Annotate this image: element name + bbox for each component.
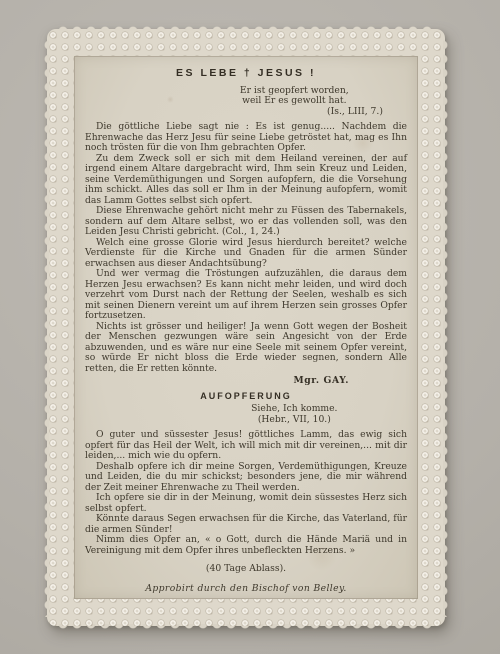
card-title: ES LEBE † JESUS !: [85, 68, 407, 79]
body-paragraph: Und wer vermag die Tröstungen aufzuzähle…: [85, 269, 407, 322]
card-content: ES LEBE † JESUS ! Er ist geopfert worden…: [74, 56, 418, 599]
holy-card: ES LEBE † JESUS ! Er ist geopfert worden…: [47, 29, 445, 626]
body-paragraph: Diese Ehrenwache gehört nicht mehr zu Fü…: [85, 206, 407, 238]
epigraph-citation: (Is., LIII, 7.): [198, 107, 391, 118]
section-heading: AUFOPFERUNG: [85, 391, 407, 402]
prayer-paragraph: Ich opfere sie dir in der Meinung, womit…: [85, 493, 407, 514]
approbation-note: Approbirt durch den Bischof von Belley.: [85, 584, 407, 595]
section-epigraph: Siehe, Ich komme. (Hebr., VII, 10.): [198, 404, 391, 425]
epigraph-line-2: weil Er es gewollt hat.: [198, 96, 391, 107]
prayer-paragraph: Deshalb opfere ich dir meine Sorgen, Ver…: [85, 462, 407, 494]
body-paragraph: Zu dem Zweck soll er sich mit dem Heilan…: [85, 154, 407, 207]
author-signature: Mgr. GAY.: [85, 376, 407, 387]
card-paper: ES LEBE † JESUS ! Er ist geopfert worden…: [74, 56, 418, 599]
body-paragraph: Die göttliche Liebe sagt nie : Es ist ge…: [85, 122, 407, 154]
section-epigraph-line: Siehe, Ich komme.: [198, 404, 391, 415]
body-paragraph: Welch eine grosse Glorie wird Jesus hier…: [85, 238, 407, 270]
epigraph: Er ist geopfert worden, weil Er es gewol…: [198, 86, 391, 118]
prayer-paragraph: Könnte daraus Segen erwachsen für die Ki…: [85, 514, 407, 535]
prayer-paragraph: Nimm dies Opfer an, « o Gott, durch die …: [85, 535, 407, 556]
body-paragraph: Nichts ist grösser und heiliger! Ja wenn…: [85, 322, 407, 375]
section-epigraph-citation: (Hebr., VII, 10.): [198, 415, 391, 426]
prayer-paragraph: O guter und süssester Jesus! göttliches …: [85, 430, 407, 462]
indulgence-note: (40 Tage Ablass).: [85, 564, 407, 575]
